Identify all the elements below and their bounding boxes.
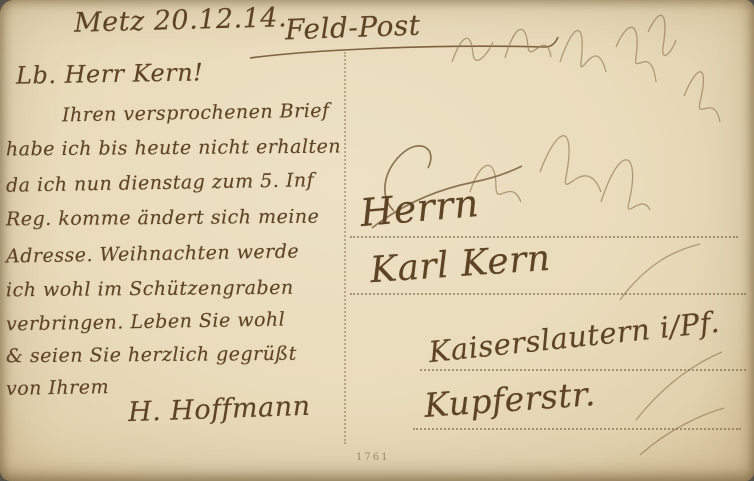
- address-recipient-title: Herrn: [358, 181, 480, 235]
- address-recipient-name: Karl Kern: [369, 238, 552, 292]
- header-post-type: Feld-Post: [284, 9, 421, 47]
- message-line: ich wohl im Schützengraben: [6, 277, 294, 302]
- message-signature: H. Hoffmann: [128, 391, 311, 428]
- address-street: Kupferstr.: [423, 374, 597, 425]
- message-line: Reg. komme ändert sich meine: [6, 206, 320, 231]
- message-closing: von Ihrem: [6, 376, 109, 400]
- printed-card-number: 1761: [356, 452, 389, 463]
- postcard-back: Metz 20.12.14. Feld-Post Lb. Herr Kern! …: [0, 0, 754, 481]
- message-line: & seien Sie herzlich gegrüßt: [6, 343, 297, 368]
- message-line: habe ich bis heute nicht erhalten: [6, 136, 341, 161]
- message-line: Ihren versprochenen Brief: [62, 100, 330, 127]
- message-salutation: Lb. Herr Kern!: [16, 58, 204, 89]
- message-line: da ich nun dienstag zum 5. Inf: [6, 169, 314, 196]
- header-dateline: Metz 20.12.14.: [74, 2, 288, 39]
- address-ruled-line: [350, 293, 746, 295]
- message-line: Adresse. Weihnachten werde: [6, 240, 300, 267]
- message-line: verbringen. Leben Sie wohl: [6, 309, 286, 336]
- address-ruled-line: [420, 369, 746, 371]
- postcard-center-divider: [344, 52, 346, 444]
- address-ruled-line: [413, 428, 741, 430]
- address-city: Kaiserslautern i/Pf.: [427, 305, 721, 369]
